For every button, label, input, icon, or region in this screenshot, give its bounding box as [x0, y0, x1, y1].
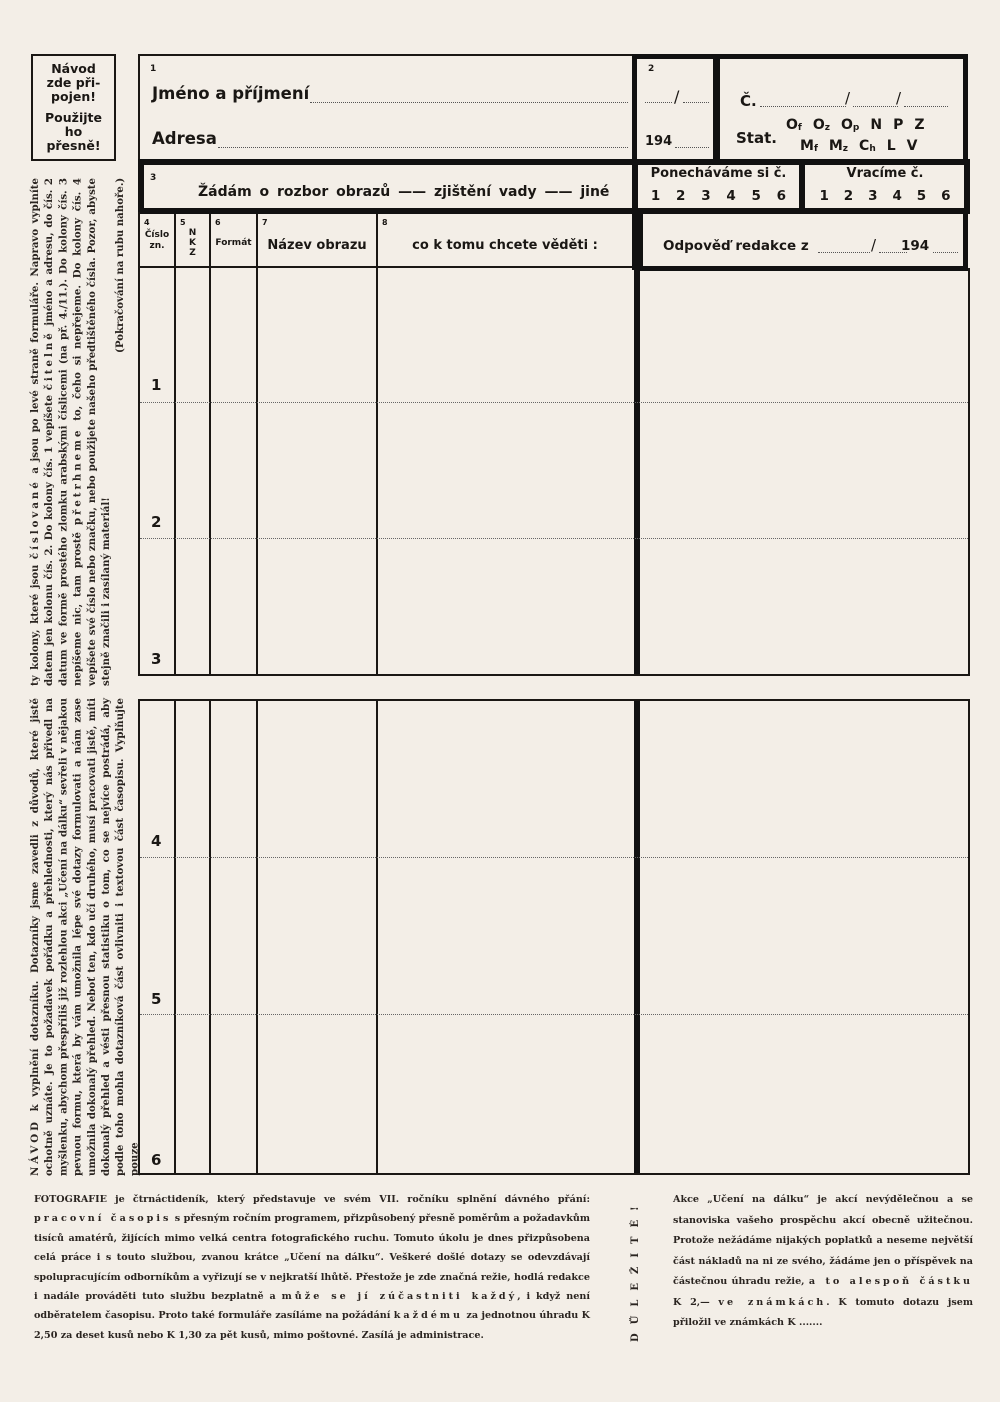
instructions-text: k vyplnění dotazníku. Dotazníky jsme zav…: [29, 698, 140, 1176]
instructions-text: ty kolony, které jsou: [29, 559, 41, 686]
column-index: 8: [382, 218, 388, 227]
option-defect-detection[interactable]: zjištění vady: [434, 184, 537, 200]
year-prefix: 194: [645, 134, 672, 149]
keep-number[interactable]: 4: [726, 188, 735, 204]
return-number[interactable]: 5: [917, 188, 926, 204]
return-number[interactable]: 1: [819, 188, 828, 204]
date-month-field[interactable]: [683, 102, 709, 103]
stat-code[interactable]: Oz: [813, 117, 830, 133]
column-label: co k tomu chcete věděti :: [378, 238, 632, 253]
instructions-heading: NÁVOD: [29, 1119, 41, 1176]
column-header-title: 7 Název obrazu: [256, 214, 376, 267]
table-row[interactable]: [140, 539, 634, 674]
keep-number[interactable]: 3: [701, 188, 710, 204]
entries-table-bottom: 4 5 6: [138, 699, 970, 1175]
section-date: 2 / 194: [632, 54, 718, 164]
instructions-emphasis: čitelně: [43, 330, 55, 390]
table-row[interactable]: [140, 701, 634, 857]
return-title: Vracíme č.: [806, 166, 964, 181]
stat-codes-row2: Mf Mz Ch L V: [800, 138, 918, 154]
stat-code[interactable]: Op: [841, 117, 859, 133]
notice-line: zde při-: [33, 76, 114, 90]
table-row[interactable]: [140, 268, 634, 402]
table-row[interactable]: [140, 1015, 634, 1173]
editorial-answer-area[interactable]: [640, 268, 968, 674]
notice-line: pojen!: [33, 90, 114, 104]
table-row[interactable]: [140, 403, 634, 538]
table-row[interactable]: [140, 858, 634, 1014]
dash-separator: ——: [544, 184, 572, 200]
c-field-2[interactable]: [853, 106, 898, 107]
request-options: Žádám o rozbor obrazů —— zjištění vady —…: [198, 184, 609, 200]
column-label: Formát: [211, 238, 256, 248]
answer-label: Odpověď redakce z: [663, 238, 809, 254]
stat-code[interactable]: Mf: [800, 138, 818, 154]
c-slash: /: [845, 89, 850, 107]
column-header-format: 6 Formát: [209, 214, 256, 267]
address-label: Adresa: [152, 129, 217, 148]
name-field[interactable]: [310, 102, 628, 103]
name-label: Jméno a příjmení: [152, 84, 309, 103]
return-number[interactable]: 4: [892, 188, 901, 204]
column-label: Číslo zn.: [140, 230, 174, 252]
c-label: Č.: [740, 92, 757, 110]
stat-codes-row1: Of Oz Op N P Z: [786, 117, 924, 133]
footer-important-note: Akce „Učení na dálku“ je akcí nevýdělečn…: [673, 1190, 973, 1334]
answer-slash: /: [871, 236, 876, 254]
footer-emphasis: a to alespoň částku: [809, 1276, 973, 1287]
important-label: DŮLEŽITÉ!: [630, 1192, 650, 1348]
return-number[interactable]: 6: [941, 188, 950, 204]
footer-text: FOTOGRAFIE je čtrnáctideník, který předs…: [34, 1194, 590, 1205]
divider: [964, 164, 970, 212]
return-numbers: 1 2 3 4 5 6: [806, 188, 964, 204]
section-number: 3: [150, 173, 156, 183]
column-header-number: 4 Číslo zn.: [140, 214, 174, 267]
column-index: 5: [180, 218, 186, 227]
stat-code[interactable]: Mz: [829, 138, 848, 154]
keep-number[interactable]: 6: [777, 188, 786, 204]
option-other[interactable]: jiné: [580, 184, 609, 200]
c-field-1[interactable]: [760, 106, 846, 107]
footer-text: Akce „Učení na dálku“ je akcí nevýdělečn…: [673, 1194, 973, 1287]
keep-box: Ponecháváme si č. 1 2 3 4 5 6: [637, 164, 800, 210]
keep-title: Ponecháváme si č.: [637, 166, 800, 181]
return-number[interactable]: 3: [868, 188, 877, 204]
column-header-question: 8 co k tomu chcete věděti :: [376, 214, 632, 267]
section-number: 1: [150, 64, 156, 74]
notice-line: přesně!: [33, 139, 114, 153]
editorial-answer-area[interactable]: [640, 701, 968, 1173]
footer-text: K 2,—: [673, 1297, 718, 1308]
c-field-3[interactable]: [904, 106, 948, 107]
footer-emphasis: každému: [394, 1310, 463, 1321]
entries-table-top: 1 2 3: [138, 268, 970, 676]
instructions-bottom: NÁVOD k vyplnění dotazníku. Dotazníky js…: [28, 698, 126, 1176]
instructions-top: ty kolony, které jsou číslované a jsou p…: [28, 178, 126, 686]
editorial-answer-header: Odpověď redakce z / 194: [637, 214, 968, 271]
instructions-continuation: (Pokračování na rubu nahoře.): [113, 178, 127, 686]
instructions-emphasis: číslované: [29, 479, 41, 559]
return-number[interactable]: 2: [844, 188, 853, 204]
stat-code[interactable]: P: [893, 117, 903, 133]
notice-line: Návod: [33, 62, 114, 76]
address-field[interactable]: [218, 147, 628, 148]
keep-number[interactable]: 5: [752, 188, 761, 204]
keep-number[interactable]: 1: [651, 188, 660, 204]
footer-emphasis: může se jí zúčastniti každý: [282, 1291, 518, 1302]
date-day-field[interactable]: [645, 102, 672, 103]
column-label: N K Z: [176, 228, 209, 258]
request-type-section: 3 Žádám o rozbor obrazů —— zjištění vady…: [138, 164, 632, 210]
column-label: Název obrazu: [258, 238, 376, 253]
footer-emphasis: ve známkách: [718, 1297, 826, 1308]
section-number: 2: [648, 64, 654, 74]
stat-label: Stat.: [736, 129, 777, 147]
stat-code[interactable]: Ch: [859, 138, 876, 154]
stat-code[interactable]: L: [887, 138, 896, 154]
column-index: 4: [144, 218, 150, 227]
keep-numbers: 1 2 3 4 5 6: [637, 188, 800, 204]
option-image-analysis[interactable]: Žádám o rozbor obrazů: [198, 184, 390, 200]
notice-line: ho: [33, 125, 114, 139]
stat-code[interactable]: N: [870, 117, 882, 133]
return-box: Vracíme č. 1 2 3 4 5 6: [806, 164, 964, 210]
stat-code[interactable]: V: [907, 138, 918, 154]
answer-day-field[interactable]: [818, 252, 870, 253]
keep-number[interactable]: 2: [676, 188, 685, 204]
column-index: 6: [215, 218, 221, 227]
answer-year-field[interactable]: [933, 252, 958, 253]
column-header-nkz: 5 N K Z: [174, 214, 209, 267]
footer-text: s přesným ročním programem, přizpůsobený…: [34, 1213, 590, 1302]
c-slash: /: [896, 89, 901, 107]
footer-description: FOTOGRAFIE je čtrnáctideník, který předs…: [34, 1190, 590, 1345]
column-index: 7: [262, 218, 268, 227]
office-use-box: Č. / / Stat. Of Oz Op N P Z Mf Mz Ch L V: [714, 54, 968, 164]
stat-code[interactable]: Of: [786, 117, 802, 133]
instructions-emphasis: přetrhneme: [72, 428, 84, 526]
stat-code[interactable]: Z: [914, 117, 924, 133]
footer-emphasis: pracovní časopis: [34, 1213, 171, 1224]
date-slash: /: [674, 87, 679, 106]
dash-separator: ——: [398, 184, 426, 200]
notice-line: Použijte: [33, 111, 114, 125]
notice-box: Návod zde při- pojen! Použijte ho přesně…: [31, 54, 116, 161]
date-year-field[interactable]: [675, 147, 709, 148]
answer-year-prefix: 194: [901, 238, 929, 254]
section-name-address: 1 Jméno a příjmení Adresa: [138, 54, 632, 164]
